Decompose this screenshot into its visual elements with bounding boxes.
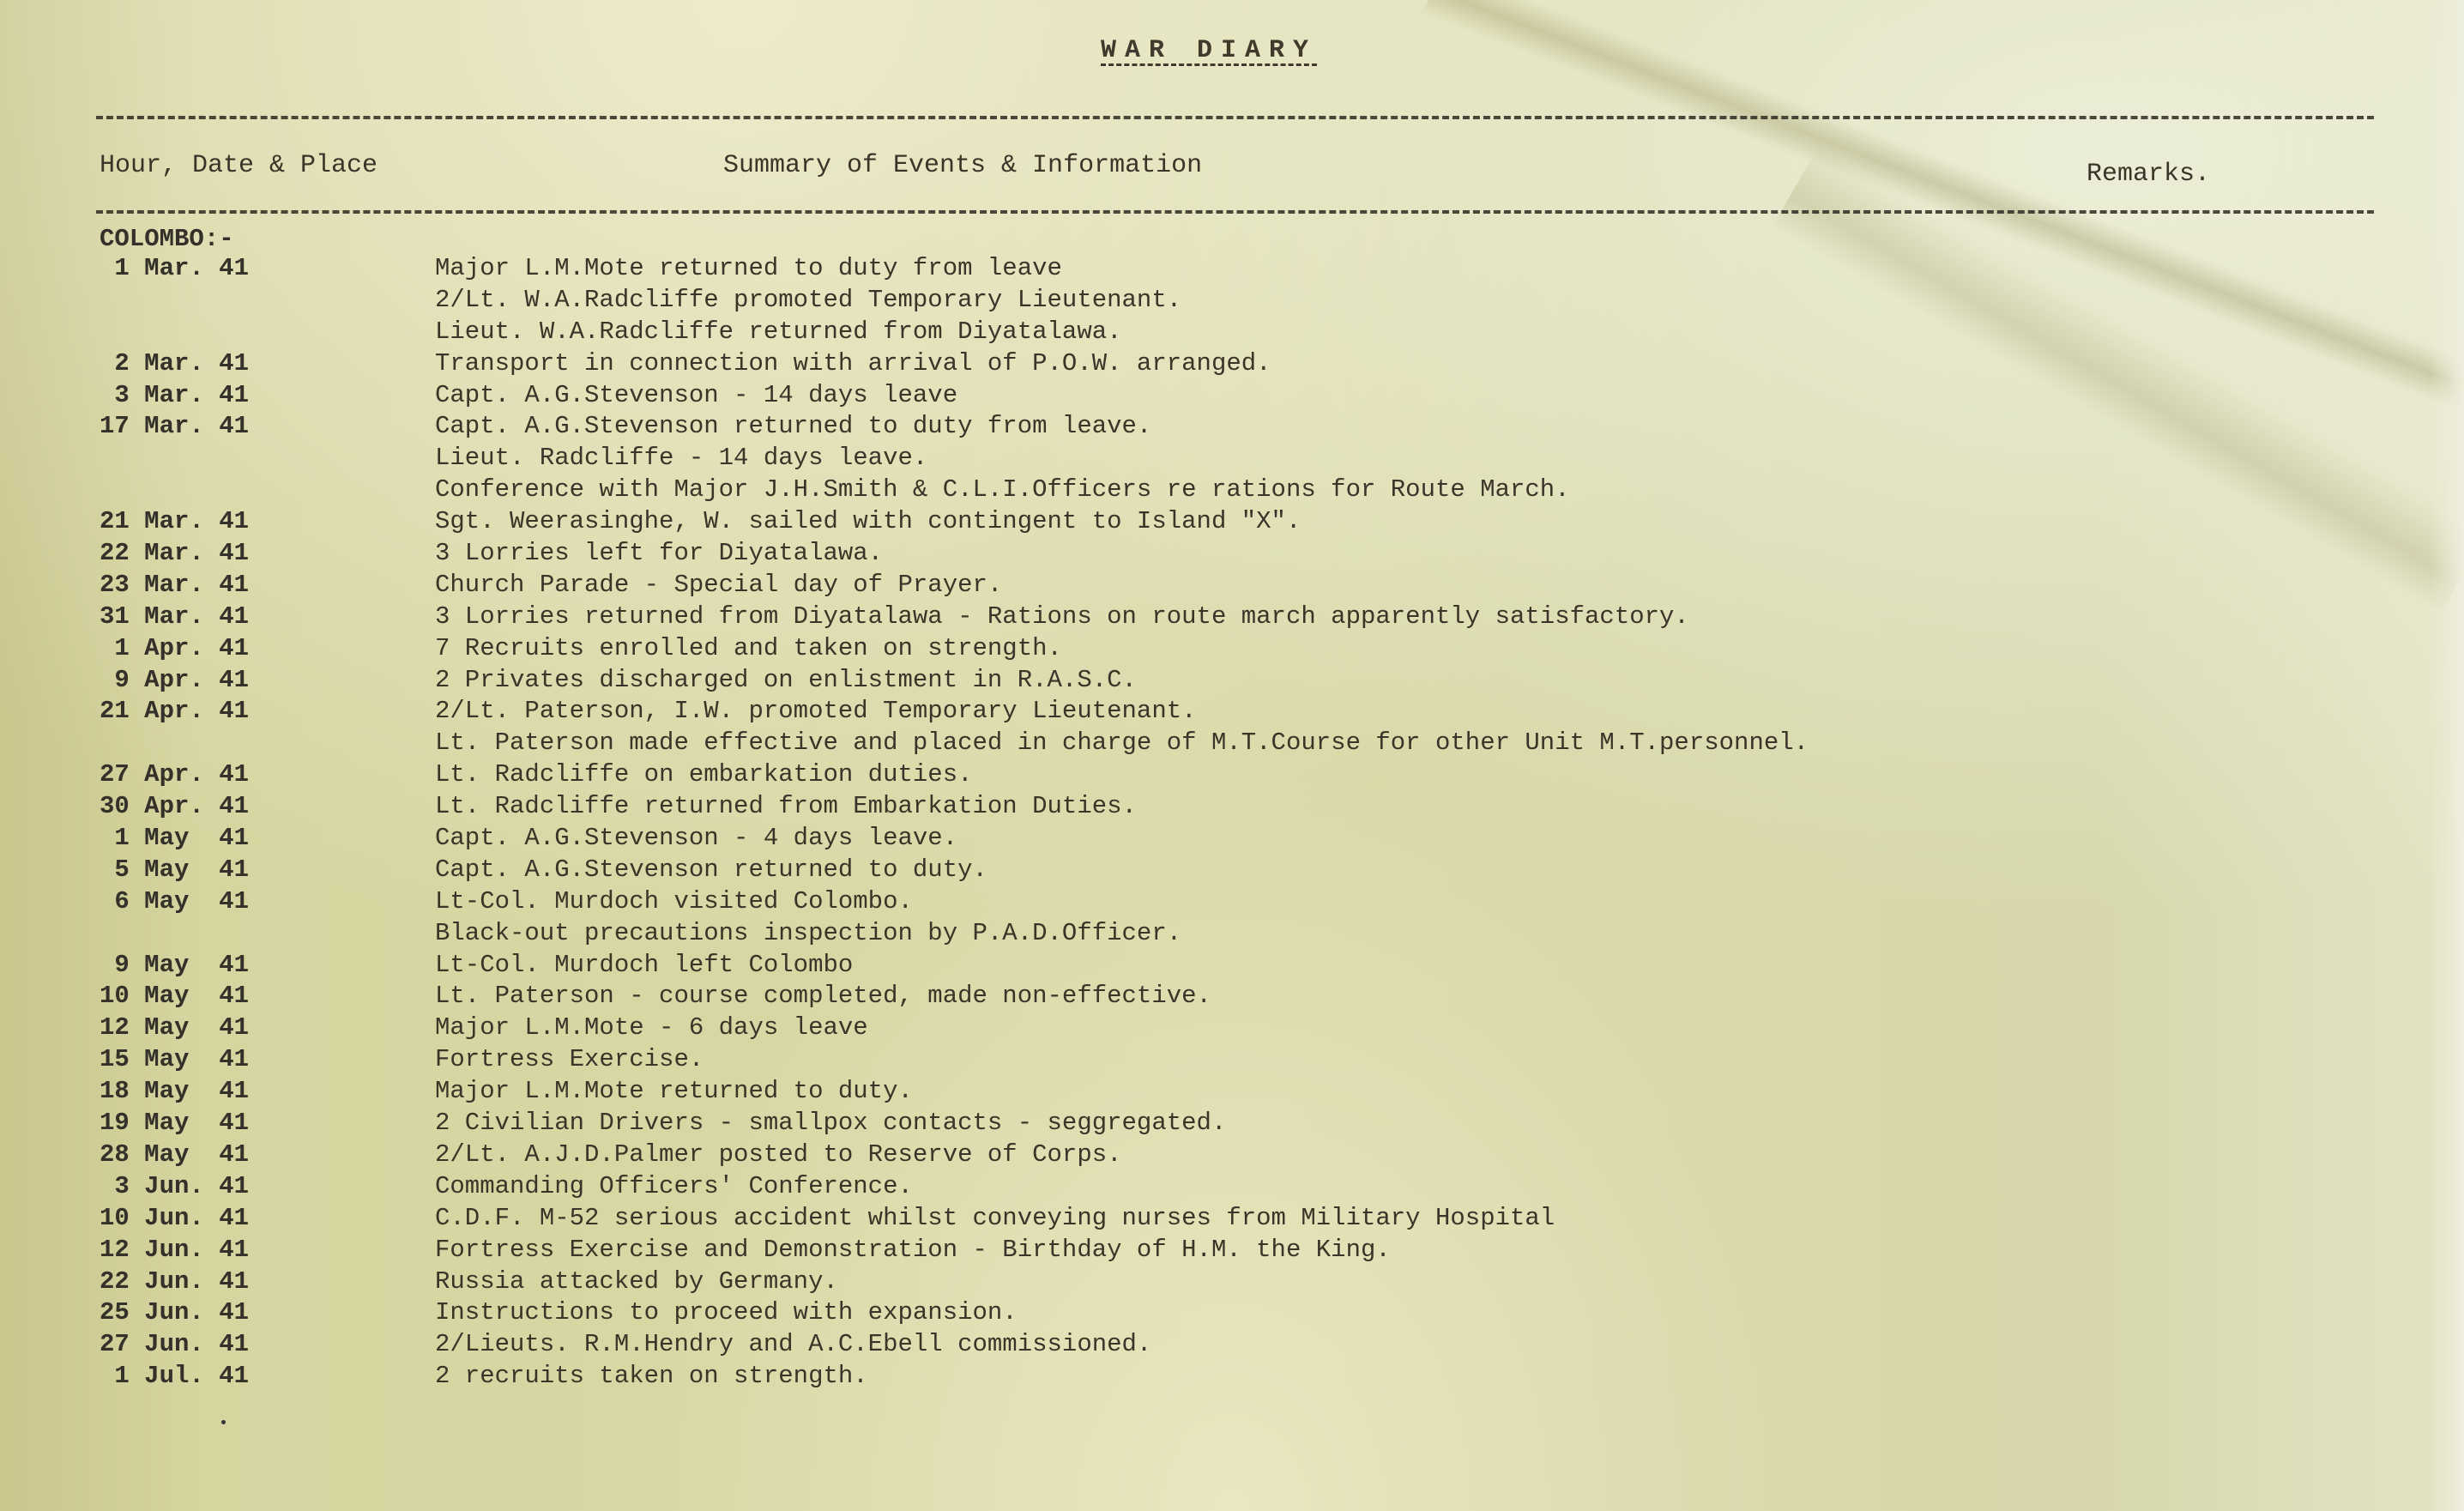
entry-date: 3 Mar. 41 [69,381,249,409]
diary-entry: 1 May 41Capt. A.G.Stevenson - 4 days lea… [0,824,2464,855]
entry-text: Commanding Officers' Conference. [435,1172,913,1200]
entry-text: C.D.F. M-52 serious accident whilst conv… [435,1204,1555,1232]
diary-entry: 25 Jun. 41Instructions to proceed with e… [0,1298,2464,1330]
entry-date: 21 Apr. 41 [69,697,249,725]
entry-text: 2 Privates discharged on enlistment in R… [435,666,1137,694]
diary-entry: 31 Mar. 413 Lorries returned from Diyata… [0,602,2464,634]
diary-entry: 27 Apr. 41Lt. Radcliffe on embarkation d… [0,760,2464,792]
diary-entry: 3 Jun. 41Commanding Officers' Conference… [0,1172,2464,1204]
entry-date: 6 May 41 [69,887,249,916]
entry-text: 2 Civilian Drivers - smallpox contacts -… [435,1109,1226,1137]
entry-date: 2 Mar. 41 [69,349,249,378]
diary-entry: 10 Jun. 41C.D.F. M-52 serious accident w… [0,1204,2464,1236]
column-header-summary: Summary of Events & Information [723,151,1202,180]
diary-entry: 17 Mar. 41Capt. A.G.Stevenson returned t… [0,412,2464,444]
entry-text: Lieut. Radcliffe - 14 days leave. [435,444,927,472]
entry-date: 1 Mar. 41 [69,254,249,282]
entry-date: 22 Mar. 41 [69,539,249,567]
entry-date: 31 Mar. 41 [69,602,249,631]
entry-text: Fortress Exercise. [435,1045,704,1073]
entry-date: 27 Apr. 41 [69,760,249,789]
diary-entry: 10 May 41Lt. Paterson - course completed… [0,982,2464,1013]
diary-entry: 12 Jun. 41Fortress Exercise and Demonstr… [0,1236,2464,1267]
entry-text: Major L.M.Mote returned to duty. [435,1077,913,1105]
entry-date: 19 May 41 [69,1109,249,1137]
diary-entry: 1 Apr. 417 Recruits enrolled and taken o… [0,634,2464,666]
diary-entry: 6 May 41Lt-Col. Murdoch visited Colombo. [0,887,2464,919]
entry-text: Capt. A.G.Stevenson returned to duty fro… [435,412,1151,440]
entry-date: 1 Apr. 41 [69,634,249,662]
diary-entry: 1 Jul. 412 recruits taken on strength. [0,1362,2464,1393]
diary-entry: 28 May 412/Lt. A.J.D.Palmer posted to Re… [0,1140,2464,1172]
diary-entry: 9 May 41Lt-Col. Murdoch left Colombo [0,951,2464,982]
entry-date: 23 Mar. 41 [69,571,249,599]
document-title: WAR DIARY [1101,36,1317,65]
entry-date: 22 Jun. 41 [69,1267,249,1296]
entry-date: 9 May 41 [69,951,249,979]
diary-entry: 9 Apr. 412 Privates discharged on enlist… [0,666,2464,698]
column-header-remarks: Remarks. [2087,160,2210,189]
entry-date: 1 May 41 [69,824,249,852]
entry-text: Lt. Paterson - course completed, made no… [435,982,1211,1010]
entry-date: 3 Jun. 41 [69,1172,249,1200]
diary-entry: Lieut. Radcliffe - 14 days leave. [0,444,2464,475]
entry-text: Instructions to proceed with expansion. [435,1298,1018,1327]
entry-date: 18 May 41 [69,1077,249,1105]
diary-entry: 30 Apr. 41Lt. Radcliffe returned from Em… [0,792,2464,824]
entry-text: 2 recruits taken on strength. [435,1362,868,1390]
entry-text: 7 Recruits enrolled and taken on strengt… [435,634,1062,662]
diary-entry: 2/Lt. W.A.Radcliffe promoted Temporary L… [0,286,2464,317]
header-bottom-rule [96,210,2374,214]
diary-entry: 18 May 41Major L.M.Mote returned to duty… [0,1077,2464,1109]
diary-entry: 22 Jun. 41Russia attacked by Germany. [0,1267,2464,1299]
diary-entry: 1 Mar. 41Major L.M.Mote returned to duty… [0,254,2464,286]
diary-entry: 21 Apr. 412/Lt. Paterson, I.W. promoted … [0,697,2464,728]
diary-entry: 12 May 41Major L.M.Mote - 6 days leave [0,1013,2464,1045]
diary-entry: 22 Mar. 413 Lorries left for Diyatalawa. [0,539,2464,571]
entry-date: 28 May 41 [69,1140,249,1169]
entry-text: Black-out precautions inspection by P.A.… [435,919,1181,947]
entry-text: Capt. A.G.Stevenson returned to duty. [435,855,987,884]
entry-text: Major L.M.Mote - 6 days leave [435,1013,868,1042]
header-top-rule [96,116,2374,119]
diary-entry: 27 Jun. 412/Lieuts. R.M.Hendry and A.C.E… [0,1330,2464,1362]
entry-date: 12 May 41 [69,1013,249,1042]
entry-text: 2/Lt. Paterson, I.W. promoted Temporary … [435,697,1197,725]
entry-text: Russia attacked by Germany. [435,1267,838,1296]
diary-entry: 23 Mar. 41Church Parade - Special day of… [0,571,2464,602]
entry-text: 3 Lorries returned from Diyatalawa - Rat… [435,602,1689,631]
entry-text: 3 Lorries left for Diyatalawa. [435,539,883,567]
entry-text: Lt. Radcliffe returned from Embarkation … [435,792,1137,820]
entry-date: 27 Jun. 41 [69,1330,249,1358]
diary-entry: 19 May 412 Civilian Drivers - smallpox c… [0,1109,2464,1140]
entry-text: Fortress Exercise and Demonstration - Bi… [435,1236,1391,1264]
entry-text: 2/Lieuts. R.M.Hendry and A.C.Ebell commi… [435,1330,1151,1358]
diary-entry: Black-out precautions inspection by P.A.… [0,919,2464,951]
diary-entry: Lieut. W.A.Radcliffe returned from Diyat… [0,317,2464,349]
entry-date: 25 Jun. 41 [69,1298,249,1327]
entry-date: 30 Apr. 41 [69,792,249,820]
entry-date: 10 May 41 [69,982,249,1010]
entry-text: Capt. A.G.Stevenson - 14 days leave [435,381,957,409]
entry-date: 9 Apr. 41 [69,666,249,694]
diary-entry: 5 May 41Capt. A.G.Stevenson returned to … [0,855,2464,887]
entry-text: Lieut. W.A.Radcliffe returned from Diyat… [435,317,1122,346]
entry-text: Lt. Radcliffe on embarkation duties. [435,760,973,789]
entry-text: Major L.M.Mote returned to duty from lea… [435,254,1062,282]
column-header-date-place: Hour, Date & Place [100,151,377,180]
entry-text: Lt-Col. Murdoch left Colombo [435,951,853,979]
ink-mark [221,1420,226,1424]
place-label: COLOMBO:- [100,225,234,253]
entry-text: Lt. Paterson made effective and placed i… [435,728,1809,757]
diary-entry: 2 Mar. 41Transport in connection with ar… [0,349,2464,381]
diary-entry: Conference with Major J.H.Smith & C.L.I.… [0,475,2464,507]
entry-date: 12 Jun. 41 [69,1236,249,1264]
diary-entry: 3 Mar. 41Capt. A.G.Stevenson - 14 days l… [0,381,2464,413]
entry-text: Sgt. Weerasinghe, W. sailed with conting… [435,507,1301,535]
entry-text: Transport in connection with arrival of … [435,349,1271,378]
entry-date: 1 Jul. 41 [69,1362,249,1390]
diary-entries-list: 1 Mar. 41Major L.M.Mote returned to duty… [0,254,2464,1393]
entry-date: 10 Jun. 41 [69,1204,249,1232]
entry-date: 21 Mar. 41 [69,507,249,535]
entry-date: 17 Mar. 41 [69,412,249,440]
entry-date: 15 May 41 [69,1045,249,1073]
entry-text: 2/Lt. W.A.Radcliffe promoted Temporary L… [435,286,1181,314]
entry-date: 5 May 41 [69,855,249,884]
diary-entry: 21 Mar. 41Sgt. Weerasinghe, W. sailed wi… [0,507,2464,539]
entry-text: Lt-Col. Murdoch visited Colombo. [435,887,913,916]
entry-text: Conference with Major J.H.Smith & C.L.I.… [435,475,1570,504]
entry-text: Capt. A.G.Stevenson - 4 days leave. [435,824,957,852]
diary-entry: Lt. Paterson made effective and placed i… [0,728,2464,760]
entry-text: Church Parade - Special day of Prayer. [435,571,1002,599]
diary-entry: 15 May 41Fortress Exercise. [0,1045,2464,1077]
entry-text: 2/Lt. A.J.D.Palmer posted to Reserve of … [435,1140,1122,1169]
